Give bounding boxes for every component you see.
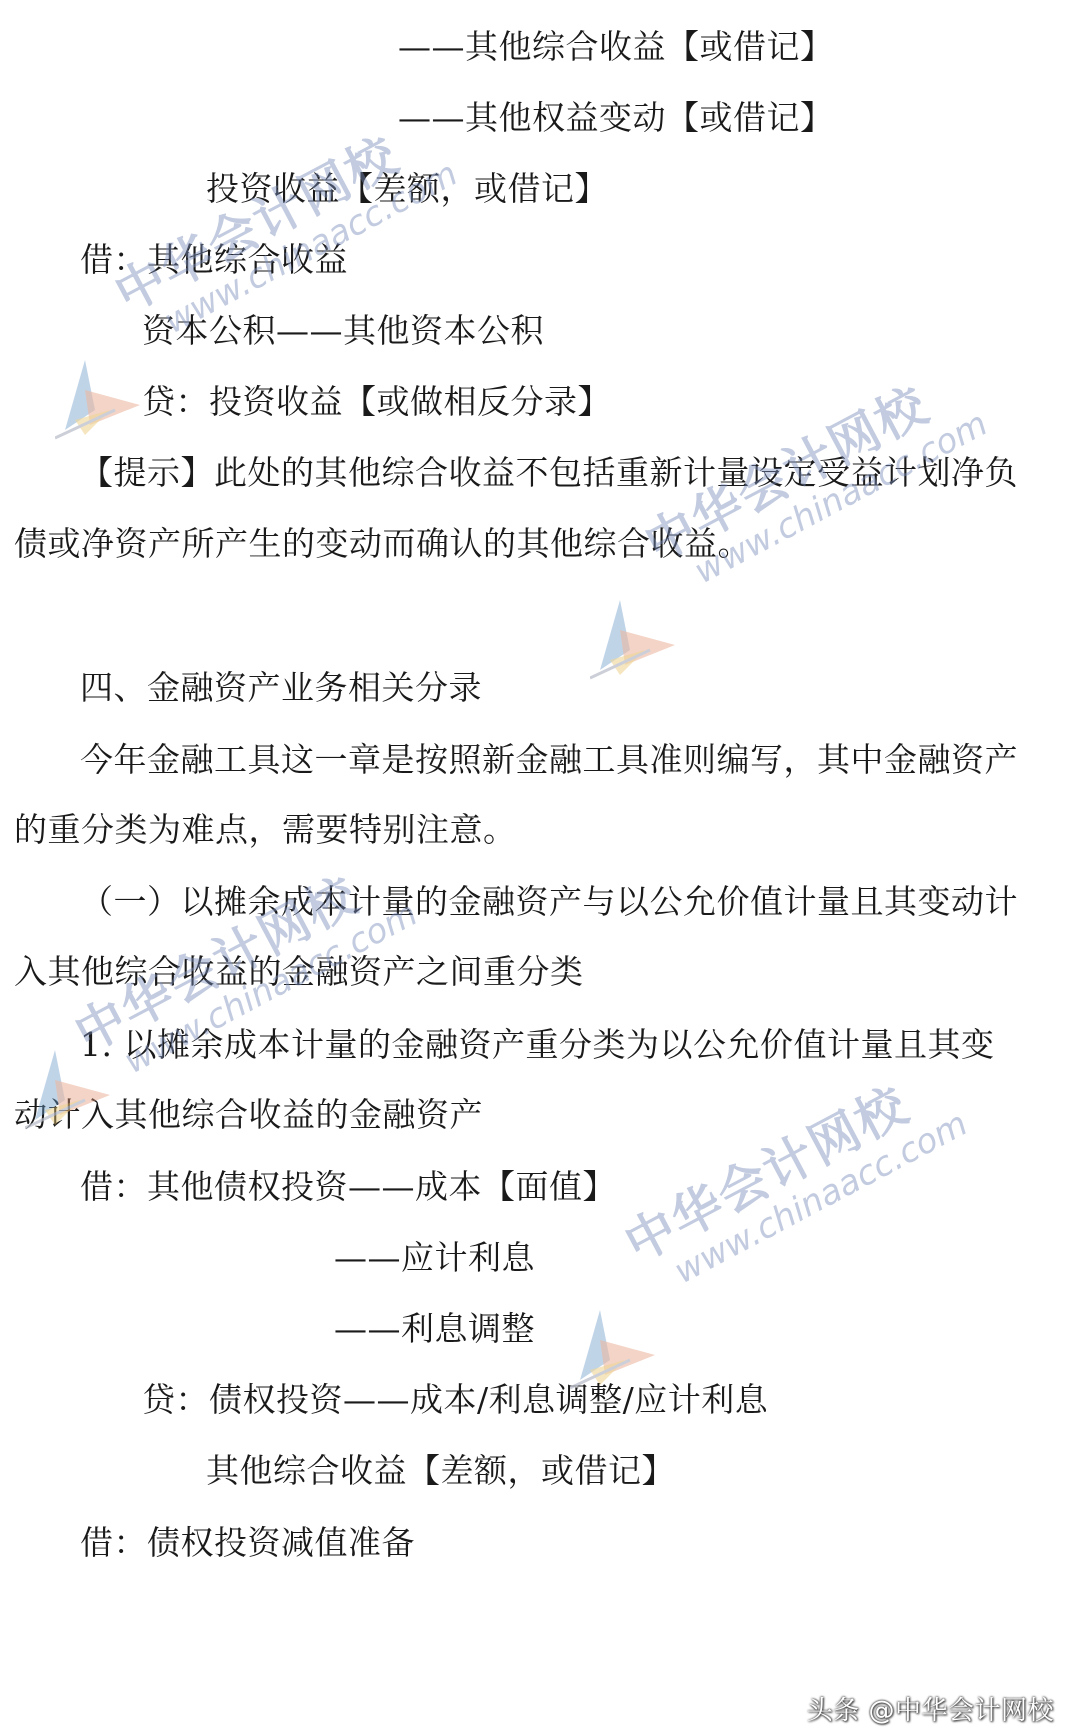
- subsection-heading-cont: 入其他综合收益的金融资产之间重分类: [14, 952, 584, 992]
- journal-entry-line: 借：债权投资减值准备: [80, 1523, 415, 1563]
- text-line: 资本公积——其他资本公积: [142, 311, 544, 351]
- numbered-item-cont: 动计入其他综合收益的金融资产: [14, 1095, 483, 1135]
- watermark: 中华会计网校 www.chinaacc.com: [610, 1045, 974, 1306]
- watermark-logo-icon: [590, 590, 680, 680]
- journal-entry-line: 其他综合收益【差额，或借记】: [206, 1451, 675, 1491]
- watermark-url: www.chinaacc.com: [668, 1104, 974, 1292]
- journal-entry-line: 借：其他债权投资——成本【面值】: [80, 1167, 616, 1207]
- watermark-text: 中华会计网校: [610, 1045, 958, 1276]
- text-line: ——其他综合收益【或借记】: [398, 27, 834, 67]
- journal-entry-line: ——利息调整: [334, 1309, 535, 1349]
- journal-entry-line: 贷：债权投资——成本/利息调整/应计利息: [142, 1380, 768, 1420]
- tip-paragraph-cont: 债或净资产所产生的变动而确认的其他综合收益。: [14, 524, 751, 564]
- text-line: ——其他权益变动【或借记】: [398, 98, 834, 138]
- text-line: 的重分类为难点，需要特别注意。: [14, 810, 517, 850]
- text-line: 今年金融工具这一章是按照新金融工具准则编写，其中金融资产: [80, 740, 1018, 780]
- watermark-text: 中华会计网校: [100, 95, 448, 326]
- text-line: 投资收益【差额，或借记】: [206, 169, 608, 209]
- source-credit: 头条 @中华会计网校: [807, 1690, 1054, 1727]
- text-line: 贷：投资收益【或做相反分录】: [142, 382, 611, 422]
- journal-entry-line: ——应计利息: [334, 1238, 535, 1278]
- tip-paragraph: 【提示】此处的其他综合收益不包括重新计量设定受益计划净负: [80, 453, 1018, 493]
- watermark-logo-icon: [55, 350, 145, 440]
- text-line: 借：其他综合收益: [80, 240, 348, 280]
- subsection-heading: （一）以摊余成本计量的金融资产与以公允价值计量且其变动计: [80, 882, 1018, 922]
- watermark-logo-icon: [570, 1300, 660, 1390]
- section-heading: 四、金融资产业务相关分录: [80, 668, 482, 708]
- numbered-item: 1. 以摊余成本计量的金融资产重分类为以公允价值计量且其变: [80, 1025, 994, 1065]
